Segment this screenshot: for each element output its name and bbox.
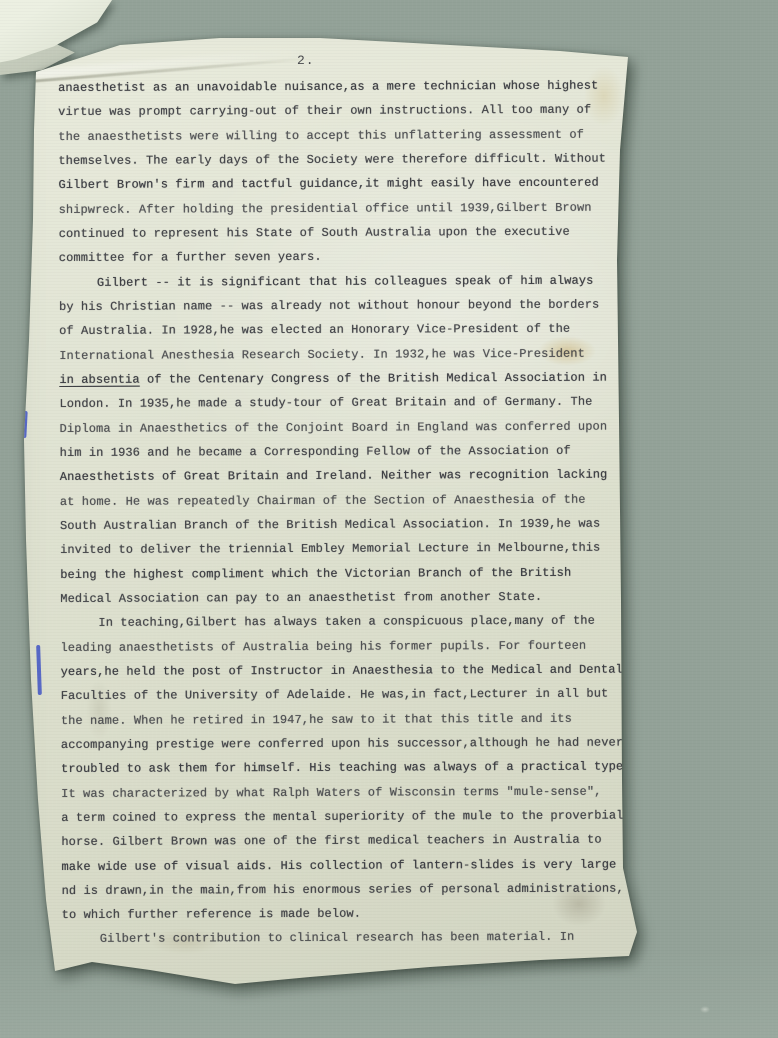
text-line: London. In 1935,he made a study-tour of … — [59, 390, 637, 417]
text-line: being the highest compliment which the V… — [60, 560, 638, 587]
text-line: Anaesthetists of Great Britain and Irela… — [60, 463, 638, 490]
page-number: 2. — [297, 53, 315, 68]
text-line: International Anesthesia Research Societ… — [59, 341, 637, 368]
text-line: of Australia. In 1928,he was elected an … — [59, 317, 637, 344]
text-line: the name. When he retired in 1947,he saw… — [61, 706, 639, 733]
text-line: South Australian Branch of the British M… — [60, 511, 638, 538]
text-line: a term coined to express the mental supe… — [61, 803, 639, 830]
text-line: continued to represent his State of Sout… — [59, 219, 637, 246]
text-line: Gilbert Brown's firm and tactful guidanc… — [58, 171, 636, 198]
photo-background: 2. anaesthetist as an unavoidable nuisan… — [0, 0, 778, 1038]
text-line: shipwreck. After holding the presidentia… — [59, 195, 637, 222]
text-line: Gilbert's contribution to clinical resea… — [62, 925, 640, 952]
text-line: committee for a further seven years. — [59, 244, 637, 271]
text-line: It was characterized by what Ralph Water… — [61, 779, 639, 806]
text-line: virtue was prompt carrying-out of their … — [58, 98, 636, 125]
text-line: accompanying prestige were conferred upo… — [61, 730, 639, 757]
text-line: leading anaesthetists of Australia being… — [60, 633, 638, 660]
text-line: Medical Association can pay to an anaest… — [60, 584, 638, 611]
pen-mark — [36, 645, 41, 695]
text-line: Faculties of the University of Adelaide.… — [61, 682, 639, 709]
text-line: In teaching,Gilbert has always taken a c… — [60, 609, 638, 636]
text-line: him in 1936 and he became a Correspondin… — [60, 438, 638, 465]
text-line: horse. Gilbert Brown was one of the firs… — [61, 828, 639, 855]
typed-text: anaesthetist as an unavoidable nuisance,… — [58, 73, 640, 951]
text-line: at home. He was repeatedly Chairman of t… — [60, 487, 638, 514]
document-page: 2. anaesthetist as an unavoidable nuisan… — [0, 0, 778, 1038]
pen-mark — [22, 411, 27, 438]
text-line: themselves. The early days of the Societ… — [58, 146, 636, 173]
text-line: nd is drawn,in the main,from his enormou… — [62, 876, 640, 903]
text-line: by his Christian name -- was already not… — [59, 292, 637, 319]
text-line: the anaesthetists were willing to accept… — [58, 122, 636, 149]
background-scuff — [700, 1006, 710, 1013]
text-line: invited to deliver the triennial Embley … — [60, 536, 638, 563]
text-line: Gilbert -- it is significant that his co… — [59, 268, 637, 295]
underlined-phrase: in absentia — [59, 373, 139, 387]
text-line: anaesthetist as an unavoidable nuisance,… — [58, 73, 636, 100]
text-line: in absentia of the Centenary Congress of… — [59, 365, 637, 392]
text-line: Diploma in Anaesthetics of the Conjoint … — [59, 414, 637, 441]
text-line: to which further reference is made below… — [62, 901, 640, 928]
document-page-wrap: 2. anaesthetist as an unavoidable nuisan… — [0, 0, 778, 1038]
text-line: troubled to ask them for himself. His te… — [61, 755, 639, 782]
text-line: years,he held the post of Instructor in … — [61, 657, 639, 684]
text-line: make wide use of visual aids. His collec… — [61, 852, 639, 879]
